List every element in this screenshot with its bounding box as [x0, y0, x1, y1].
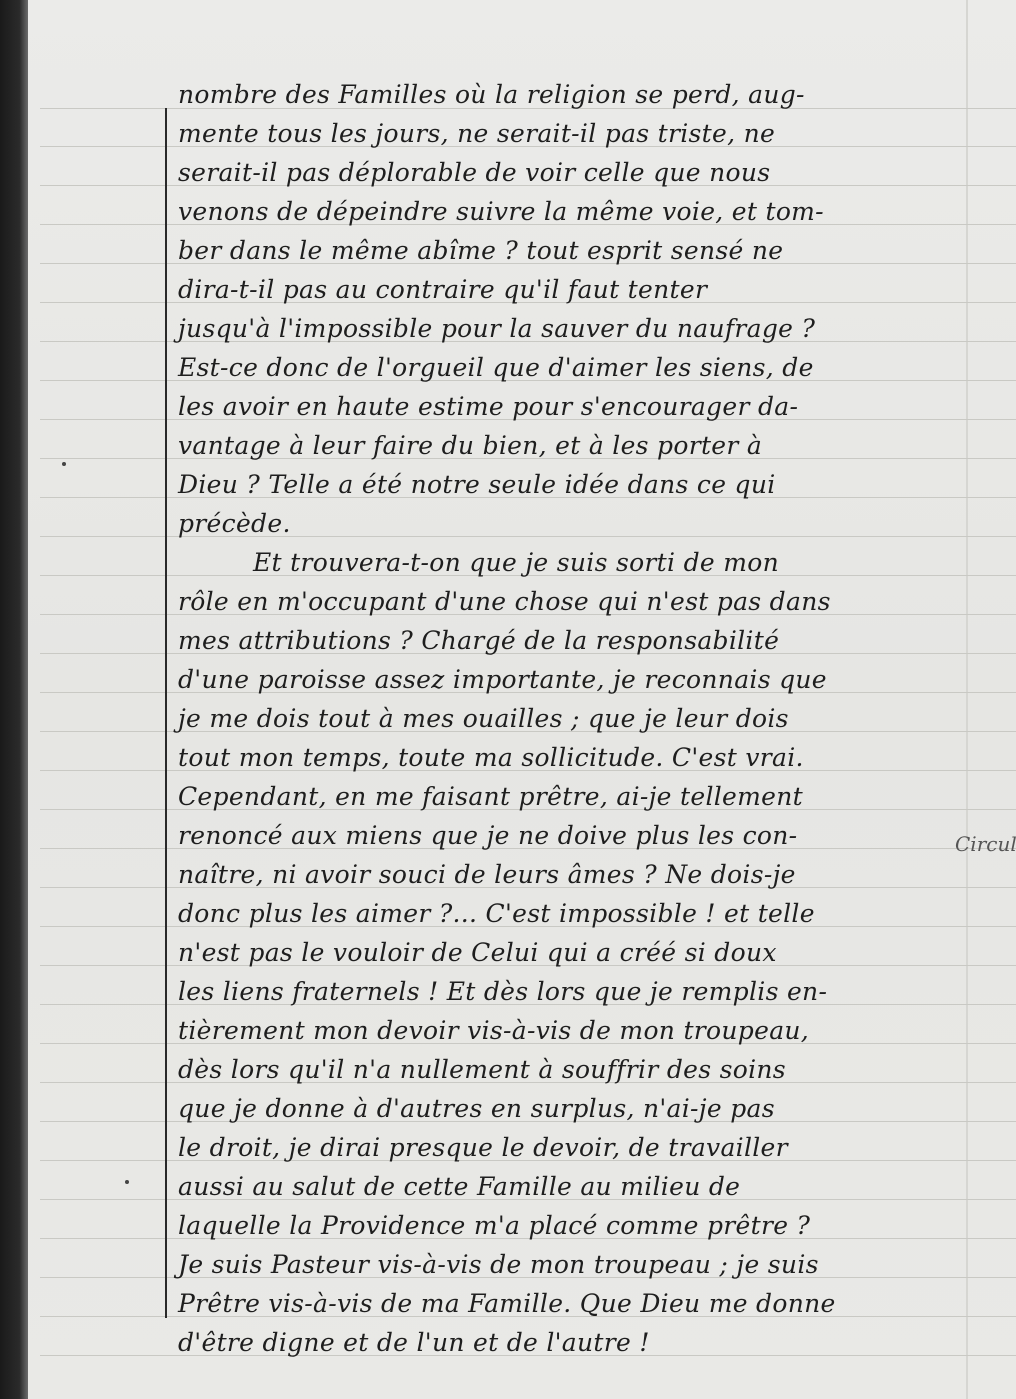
text-line: précède. — [178, 509, 938, 539]
text-line: que je donne à d'autres en surplus, n'ai… — [178, 1094, 938, 1124]
text-line: Prêtre vis-à-vis de ma Famille. Que Dieu… — [178, 1289, 938, 1319]
text-line: jusqu'à l'impossible pour la sauver du n… — [178, 314, 938, 344]
text-line: Dieu ? Telle a été notre seule idée dans… — [178, 470, 938, 500]
ink-spot — [62, 462, 66, 466]
text-line: Cependant, en me faisant prêtre, ai-je t… — [178, 782, 938, 812]
text-line: ber dans le même abîme ? tout esprit sen… — [178, 236, 938, 266]
text-line: les avoir en haute estime pour s'encoura… — [178, 392, 938, 422]
left-margin-rule — [165, 108, 167, 1318]
text-line: tièrement mon devoir vis-à-vis de mon tr… — [178, 1016, 938, 1046]
text-line: tout mon temps, toute ma sollicitude. C'… — [178, 743, 938, 773]
book-binding — [0, 0, 28, 1399]
ink-spot — [125, 1180, 129, 1184]
text-line: aussi au salut de cette Famille au milie… — [178, 1172, 938, 1202]
text-line: je me dois tout à mes ouailles ; que je … — [178, 704, 938, 734]
text-line: le droit, je dirai presque le devoir, de… — [178, 1133, 938, 1163]
text-line: d'être digne et de l'un et de l'autre ! — [178, 1328, 938, 1358]
margin-annotation: Circul — [955, 832, 1016, 856]
text-line: Est-ce donc de l'orgueil que d'aimer les… — [178, 353, 938, 383]
text-line: mes attributions ? Chargé de la responsa… — [178, 626, 938, 656]
text-line: les liens fraternels ! Et dès lors que j… — [178, 977, 938, 1007]
text-line: n'est pas le vouloir de Celui qui a créé… — [178, 938, 938, 968]
text-line: nombre des Familles où la religion se pe… — [178, 80, 938, 110]
paragraph-start-line: Et trouvera-t-on que je suis sorti de mo… — [178, 548, 938, 578]
text-line: rôle en m'occupant d'une chose qui n'est… — [178, 587, 938, 617]
text-line: laquelle la Providence m'a placé comme p… — [178, 1211, 938, 1241]
text-line: dès lors qu'il n'a nullement à souffrir … — [178, 1055, 938, 1085]
text-line: renoncé aux miens que je ne doive plus l… — [178, 821, 938, 851]
text-line: venons de dépeindre suivre la même voie,… — [178, 197, 938, 227]
text-line: naître, ni avoir souci de leurs âmes ? N… — [178, 860, 938, 890]
page-fold — [966, 0, 968, 1399]
text-line: Je suis Pasteur vis-à-vis de mon troupea… — [178, 1250, 938, 1280]
text-line: d'une paroisse assez importante, je reco… — [178, 665, 938, 695]
text-line: donc plus les aimer ?... C'est impossibl… — [178, 899, 938, 929]
text-line: vantage à leur faire du bien, et à les p… — [178, 431, 938, 461]
text-line: dira-t-il pas au contraire qu'il faut te… — [178, 275, 938, 305]
text-line: serait-il pas déplorable de voir celle q… — [178, 158, 938, 188]
text-line: mente tous les jours, ne serait-il pas t… — [178, 119, 938, 149]
